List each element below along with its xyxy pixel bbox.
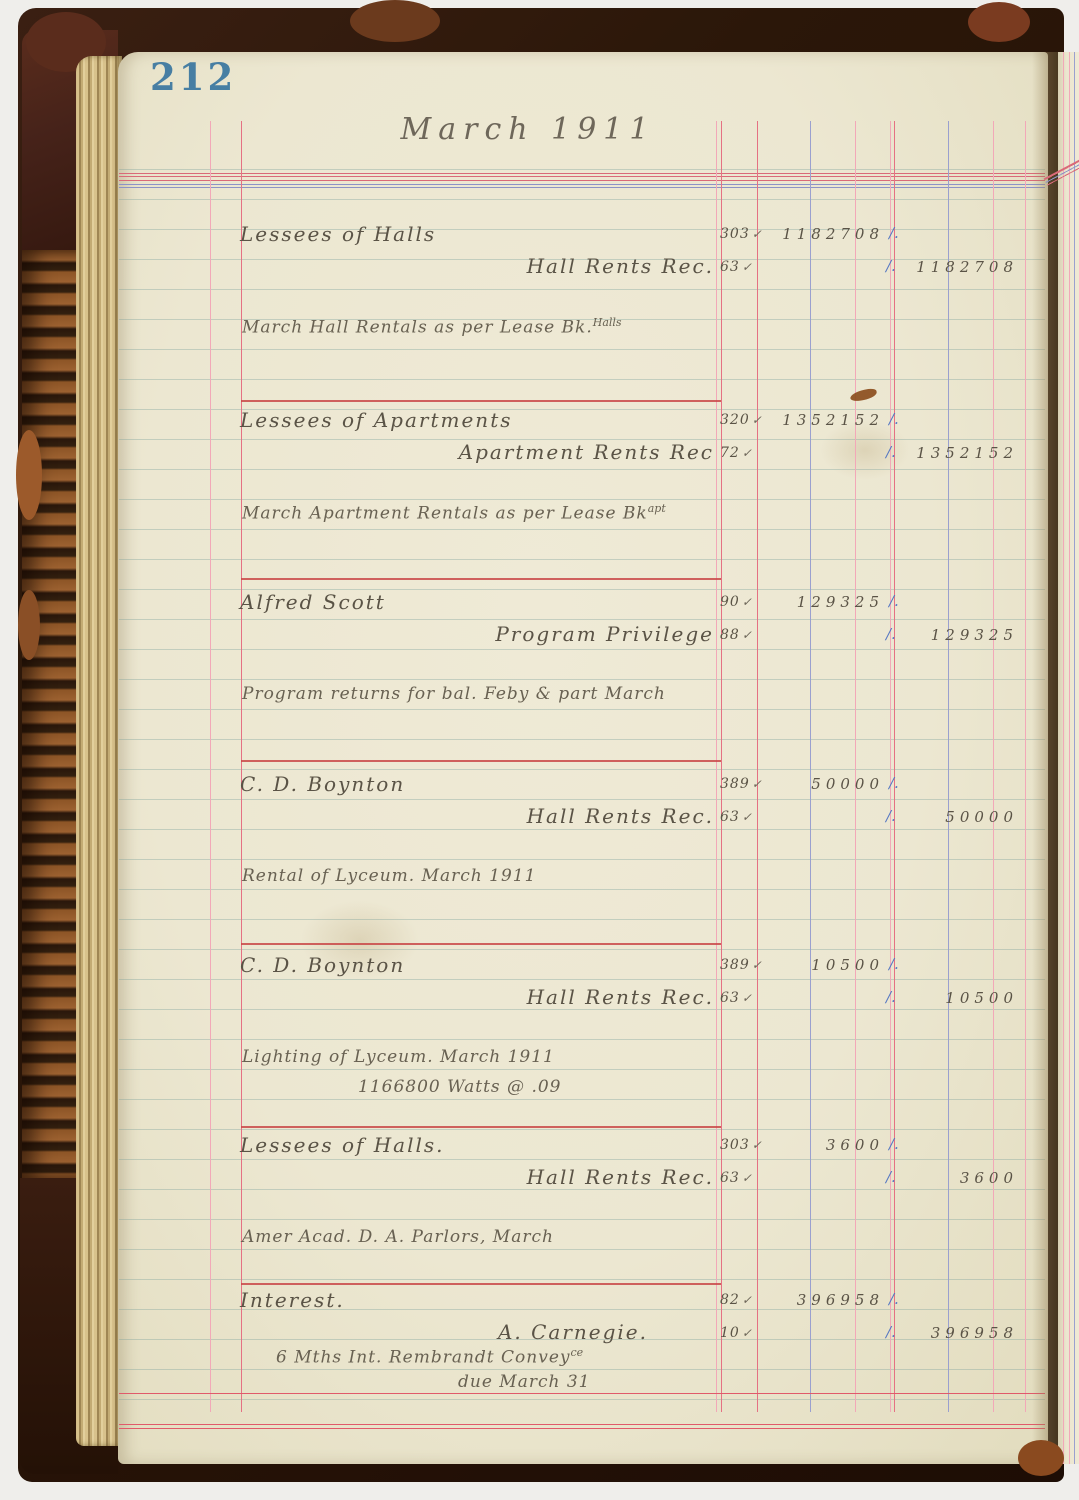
entry-debit-folio: 303✓: [720, 226, 763, 242]
entry-debit-amount: 129325: [758, 593, 884, 611]
ledger-entry: Lessees of Halls 303✓ 1182708 /. Hall Re…: [118, 222, 1048, 382]
entry-contra-account: Program Privilege: [318, 622, 714, 646]
posting-mark-icon: /.: [886, 257, 896, 275]
ledger-entry: Alfred Scott 90✓ 129325 /. Program Privi…: [118, 590, 1048, 750]
entry-account-name: Lessees of Apartments: [240, 408, 513, 432]
entry-debit-amount: 50000: [758, 775, 884, 793]
entry-contra-account: Hall Rents Rec.: [318, 804, 714, 828]
entry-debit-folio: 303✓: [720, 1137, 763, 1153]
entry-contra-account: Apartment Rents Rec: [318, 440, 714, 464]
ledger-entry: C. D. Boynton 389✓ 50000 /. Hall Rents R…: [118, 772, 1048, 932]
entry-debit-folio: 389✓: [720, 957, 763, 973]
tick-mark-icon: ✓: [742, 260, 753, 274]
posting-mark-icon: /.: [886, 1168, 896, 1186]
column-rule: [1069, 52, 1070, 1464]
entry-debit-folio: 389✓: [720, 776, 763, 792]
entry-memo-line2: due March 31: [458, 1372, 590, 1392]
ledger-entry: Lessees of Halls. 303✓ 3600 /. Hall Rent…: [118, 1133, 1048, 1293]
entry-separator: [241, 943, 721, 945]
entry-debit-amount: 396958: [758, 1291, 884, 1309]
entry-memo: March Hall Rentals as per Lease Bk.Halls: [242, 316, 622, 338]
tick-mark-icon: ✓: [742, 991, 753, 1005]
leather-fray: [16, 430, 42, 520]
entry-separator: [241, 760, 721, 762]
entry-account-name: Lessees of Halls.: [240, 1133, 445, 1157]
tick-mark-icon: ✓: [742, 1293, 753, 1307]
posting-mark-icon: /.: [886, 1323, 896, 1341]
leather-fray: [18, 590, 40, 660]
entry-memo: March Apartment Rentals as per Lease Bka…: [242, 502, 666, 524]
entry-credit-folio: 72✓: [720, 445, 753, 461]
tick-mark-icon: ✓: [742, 810, 753, 824]
posting-mark-icon: /.: [889, 774, 899, 792]
entry-credit-folio: 63✓: [720, 990, 753, 1006]
tick-mark-icon: ✓: [742, 628, 753, 642]
entry-account-name: C. D. Boynton: [240, 953, 405, 977]
tick-mark-icon: ✓: [742, 595, 753, 609]
memo-superscript: apt: [648, 502, 666, 515]
entry-memo-line2: 1166800 Watts @ .09: [358, 1077, 561, 1097]
leather-fray: [350, 0, 440, 42]
entry-contra-account: Hall Rents Rec.: [318, 985, 714, 1009]
book-gutter-shadow: [1032, 52, 1058, 1464]
ledger-entry: Lessees of Apartments 320✓ 1352152 /. Ap…: [118, 408, 1048, 568]
entry-memo: Amer Acad. D. A. Parlors, March: [242, 1227, 554, 1247]
entry-account-name: C. D. Boynton: [240, 772, 405, 796]
posting-mark-icon: /.: [889, 592, 899, 610]
page-number: 212: [150, 55, 236, 99]
entry-credit-folio: 88✓: [720, 627, 753, 643]
entry-debit-amount: 1352152: [758, 411, 884, 429]
entry-debit-amount: 3600: [758, 1136, 884, 1154]
entry-account-name: Lessees of Halls: [240, 222, 436, 246]
facing-page-edge: [1058, 52, 1079, 1464]
posting-mark-icon: /.: [886, 625, 896, 643]
entry-credit-folio: 63✓: [720, 1170, 753, 1186]
entry-account-name: Interest.: [240, 1288, 345, 1312]
posting-mark-icon: /.: [886, 443, 896, 461]
entry-debit-amount: 10500: [758, 956, 884, 974]
entry-credit-amount: 129325: [902, 626, 1018, 644]
leather-fray: [1018, 1440, 1064, 1476]
posting-mark-icon: /.: [886, 988, 896, 1006]
entry-credit-amount: 1352152: [902, 444, 1018, 462]
entry-debit-amount: 1182708: [758, 225, 884, 243]
entry-debit-folio: 320✓: [720, 412, 763, 428]
gilt-page-edges: [76, 56, 122, 1446]
column-rule: [1074, 52, 1075, 1464]
entry-account-name: Alfred Scott: [240, 590, 386, 614]
entry-credit-amount: 1182708: [902, 258, 1018, 276]
entry-debit-folio: 90✓: [720, 594, 753, 610]
entry-memo: Lighting of Lyceum. March 1911: [242, 1047, 555, 1067]
posting-mark-icon: /.: [889, 1290, 899, 1308]
entry-memo: Rental of Lyceum. March 1911: [242, 866, 536, 886]
entry-memo: 6 Mths Int. Rembrandt Conveyce: [276, 1346, 583, 1368]
entry-credit-amount: 50000: [902, 808, 1018, 826]
entry-credit-folio: 10✓: [720, 1325, 753, 1341]
posting-mark-icon: /.: [889, 1135, 899, 1153]
entry-separator: [241, 1126, 721, 1128]
tick-mark-icon: ✓: [742, 446, 753, 460]
memo-superscript: Halls: [593, 316, 622, 329]
posting-mark-icon: /.: [886, 807, 896, 825]
entry-credit-folio: 63✓: [720, 259, 753, 275]
entry-credit-amount: 10500: [902, 989, 1018, 1007]
tick-mark-icon: ✓: [742, 1326, 753, 1340]
ledger-entry: Interest. 82✓ 396958 /. A. Carnegie. 10✓…: [118, 1288, 1048, 1448]
posting-mark-icon: /.: [889, 410, 899, 428]
posting-mark-icon: /.: [889, 955, 899, 973]
tick-mark-icon: ✓: [742, 1171, 753, 1185]
memo-superscript: ce: [571, 1346, 584, 1359]
entry-memo: Program returns for bal. Feby & part Mar…: [242, 684, 666, 704]
entry-separator: [241, 578, 721, 580]
entry-separator: [241, 400, 721, 402]
entry-credit-amount: 396958: [902, 1324, 1018, 1342]
entry-contra-account: Hall Rents Rec.: [318, 1165, 714, 1189]
leather-fray: [968, 2, 1030, 42]
entry-credit-folio: 63✓: [720, 809, 753, 825]
entry-contra-account: A. Carnegie.: [318, 1320, 648, 1344]
entry-debit-folio: 82✓: [720, 1292, 753, 1308]
entry-credit-amount: 3600: [902, 1169, 1018, 1187]
column-rule: [1063, 52, 1064, 1464]
posting-mark-icon: /.: [889, 224, 899, 242]
ledger-entry: C. D. Boynton 389✓ 10500 /. Hall Rents R…: [118, 953, 1048, 1113]
entry-contra-account: Hall Rents Rec.: [318, 254, 714, 278]
